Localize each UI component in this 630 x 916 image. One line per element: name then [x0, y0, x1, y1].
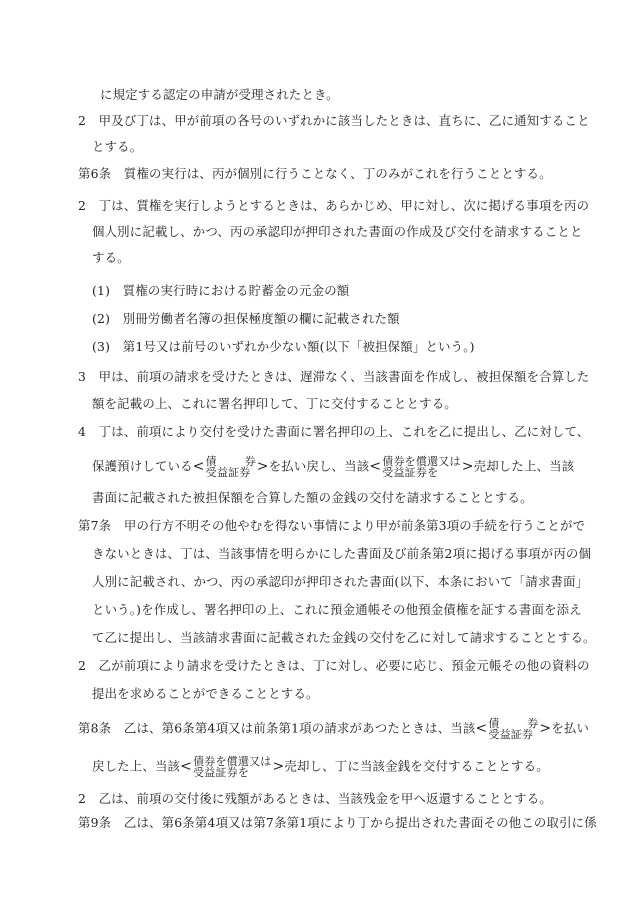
open-bracket: <	[193, 459, 205, 475]
text-segment: 保護預けしている	[92, 459, 193, 474]
stack-bottom: 受益証券を	[193, 767, 271, 778]
text-line: 2 丁は、質権を実行しようとするときは、あらかじめ、甲に対し、次に掲げる事項を丙…	[78, 198, 589, 214]
text-line: という。)を作成し、署名押印の上、これに預金通帳その他預金債権を証する書面を添え	[92, 602, 582, 618]
article8-line2: 戻した上、当該<債券を償還又は受益証券を>売却し、丁に当該金銭を交付することとす…	[92, 756, 549, 778]
text-line: 人別に記載され、かつ、丙の承認印が押印された書面(以下、本条において「請求書面」	[92, 574, 588, 590]
article8-line1: 第8条 乙は、第6条第4項又は前条第1項の請求があつたときは、当該<債券受益証券…	[78, 718, 589, 740]
text-line: (3) 第1号又は前号のいずれか少ない額(以下「被担保額」という。)	[92, 339, 475, 355]
text-line: とする。	[92, 139, 142, 155]
text-line: (2) 別冊労働者名簿の担保極度額の欄に記載された額	[92, 311, 400, 327]
close-bracket: >	[462, 459, 474, 475]
text-line: きないときは、丁は、当該事情を明らかにした書面及び前条第2項に掲げる事項が丙の個	[92, 546, 591, 562]
open-bracket: <	[180, 759, 192, 775]
text-line: 4 丁は、前項により交付を受けた書面に署名押印の上、これを乙に提出し、乙に対して…	[78, 424, 589, 440]
open-bracket: <	[369, 459, 381, 475]
text-segment: を払い	[551, 721, 589, 736]
text-line: 提出を求めることができることとする。	[92, 686, 319, 702]
close-bracket: >	[272, 759, 284, 775]
text-line: する。	[92, 250, 130, 266]
text-line: 個人別に記載し、かつ、丙の承認印が押印された書面の作成及び交付を請求することと	[92, 224, 583, 240]
text-line: 第7条 甲の行方不明その他やむを得ない事情により甲が前条第3項の手続を行うことが…	[78, 518, 585, 534]
stack-bottom: 受益証券	[488, 729, 538, 740]
text-segment: 戻した上、当該	[92, 759, 180, 774]
text-segment: 売却し、丁に当該金銭を交付することとする。	[284, 759, 548, 774]
text-line: 第9条 乙は、第6条第4項又は第7条第1項により丁から提出された書面その他この取…	[78, 815, 597, 831]
text-line: て乙に提出し、当該請求書面に記載された金銭の交付を乙に対して請求することとする。	[92, 630, 596, 646]
close-bracket: >	[539, 721, 551, 737]
text-line: 額を記載の上、これに署名押印して、丁に交付することとする。	[92, 396, 457, 412]
text-line: に規定する認定の申請が受理されたとき。	[100, 87, 339, 103]
stacked-alternative: 債券受益証券	[206, 456, 256, 478]
stack-bottom: 受益証券	[206, 467, 256, 478]
text-line: 2 乙は、前項の交付後に残額があるときは、当該残金を甲へ返還することとする。	[78, 791, 552, 807]
article6-para4-line2: 保護預けしている<債券受益証券>を払い戻し、当該<債券を償還又は受益証券を>売却…	[92, 456, 574, 478]
text-line: 第6条 質権の実行は、丙が個別に行うことなく、丁のみがこれを行うこととする。	[78, 166, 552, 182]
text-line: (1) 質権の実行時における貯蓄金の元金の額	[92, 283, 349, 299]
open-bracket: <	[475, 721, 487, 737]
text-segment: を払い戻し、当該	[269, 459, 370, 474]
close-bracket: >	[257, 459, 269, 475]
text-segment: 第8条 乙は、第6条第4項又は前条第1項の請求があつたときは、当該	[78, 721, 475, 736]
text-line: 書面に記載された被担保額を合算した額の金銭の交付を請求することとする。	[92, 490, 533, 506]
stacked-alternative: 債券を償還又は受益証券を	[382, 456, 460, 478]
stacked-alternative: 債券受益証券	[488, 718, 538, 740]
text-line: 2 乙が前項により請求を受けたときは、丁に対し、必要に応じ、預金元帳その他の資料…	[78, 658, 590, 674]
text-segment: 売却した上、当該	[474, 459, 575, 474]
stack-bottom: 受益証券を	[382, 467, 460, 478]
stacked-alternative: 債券を償還又は受益証券を	[193, 756, 271, 778]
text-line: 3 甲は、前項の請求を受けたときは、遅滞なく、当該書面を作成し、被担保額を合算し…	[78, 369, 589, 385]
text-line: 2 甲及び丁は、甲が前項の各号のいずれかに該当したときは、直ちに、乙に通知するこ…	[78, 113, 590, 129]
